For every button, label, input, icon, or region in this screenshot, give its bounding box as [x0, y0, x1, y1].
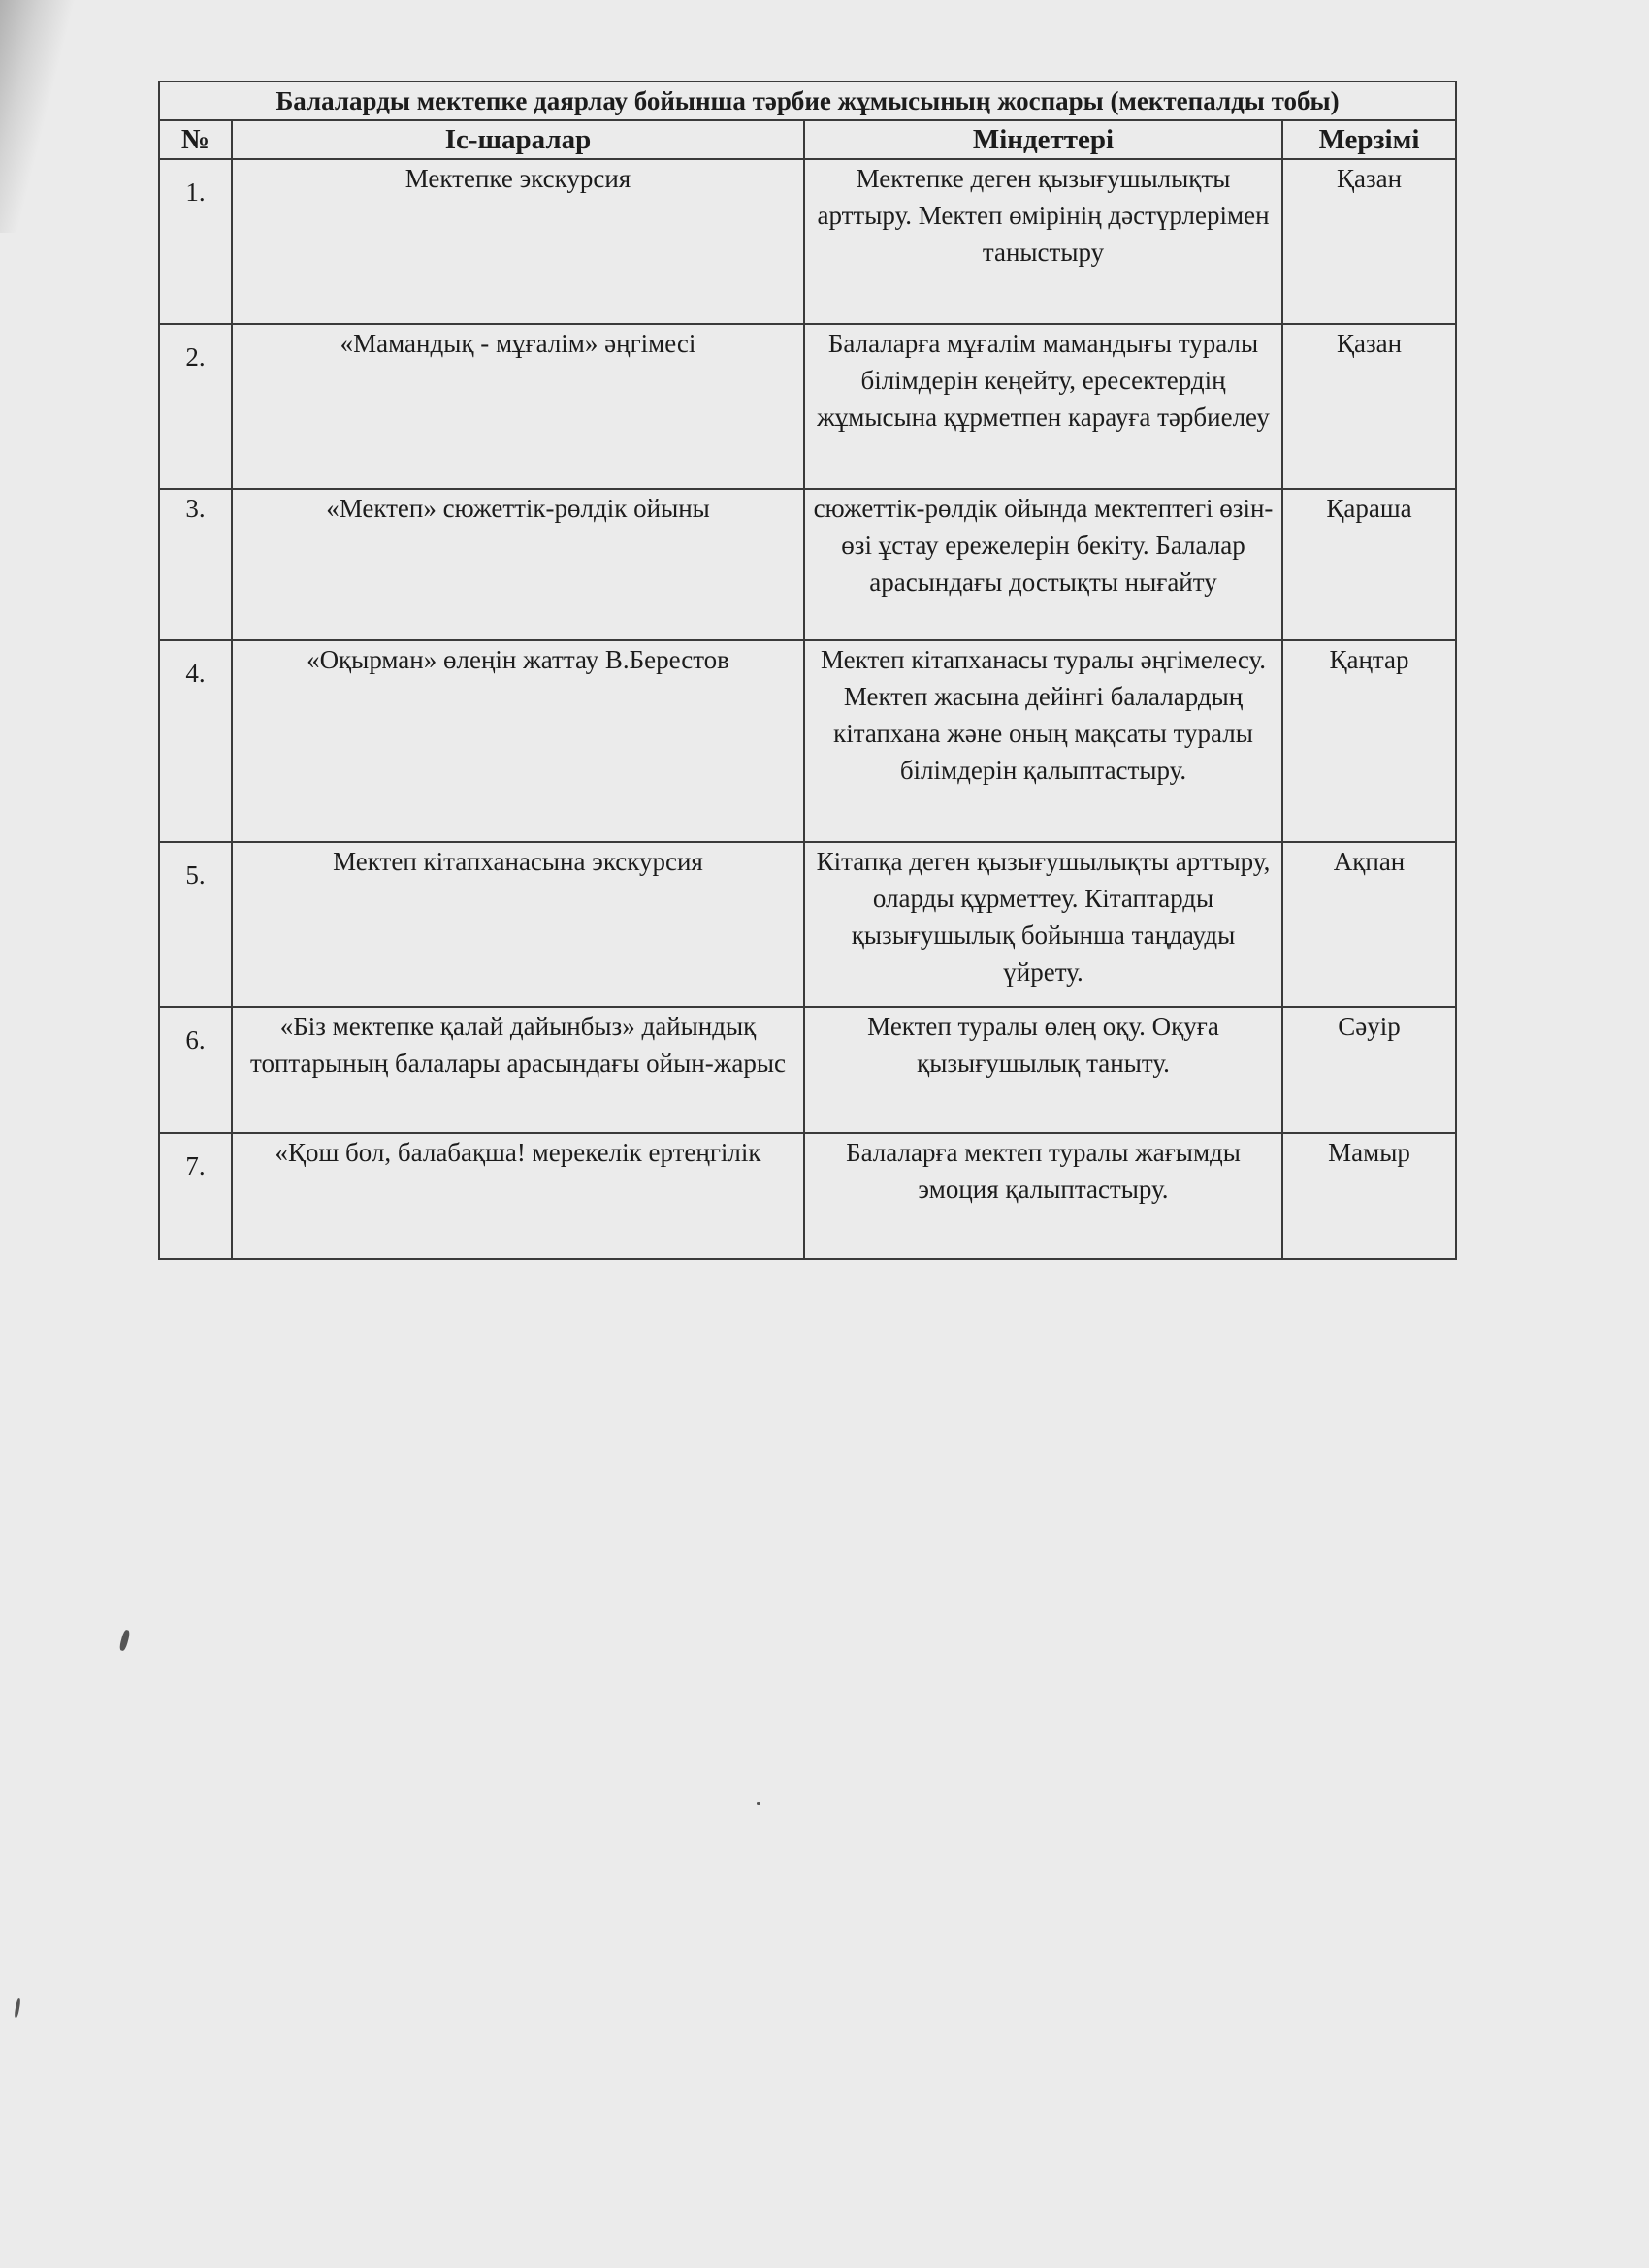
header-tasks: Міндеттері [804, 120, 1282, 159]
row-task: Балаларға мұғалім мамандығы туралы білім… [804, 324, 1282, 489]
row-term: Қазан [1282, 324, 1456, 489]
row-task: Мектеп туралы өлең оқу. Оқуға қызығушылы… [804, 1007, 1282, 1133]
row-activity: «Біз мектепке қалай дайынбыз» дайындық т… [232, 1007, 804, 1133]
row-term: Ақпан [1282, 842, 1456, 1007]
row-task: Кітапқа деген қызығушылықты арттыру, ола… [804, 842, 1282, 1007]
table-row: 5. Мектеп кітапханасына экскурсия Кітапқ… [159, 842, 1456, 1007]
row-activity: «Мамандық - мұғалім» әңгімесі [232, 324, 804, 489]
row-number: 7. [159, 1133, 232, 1259]
scan-speck [118, 1629, 130, 1651]
table-row: 3. «Мектеп» сюжеттік-рөлдік ойыны сюжетт… [159, 489, 1456, 640]
row-activity: Мектепке экскурсия [232, 159, 804, 324]
row-activity: Мектеп кітапханасына экскурсия [232, 842, 804, 1007]
row-activity: «Қош бол, балабақша! мерекелік ертеңгілі… [232, 1133, 804, 1259]
table-row: 2. «Мамандық - мұғалім» әңгімесі Балалар… [159, 324, 1456, 489]
header-term: Мерзімі [1282, 120, 1456, 159]
row-number: 1. [159, 159, 232, 324]
table-row: 4. «Оқырман» өлеңін жаттау В.Берестов Ме… [159, 640, 1456, 842]
scanned-page-edge-shadow [0, 0, 80, 233]
row-term: Қараша [1282, 489, 1456, 640]
row-task: Мектеп кітапханасы туралы әңгімелесу. Ме… [804, 640, 1282, 842]
education-plan-table: Балаларды мектепке даярлау бойынша тәрби… [158, 81, 1457, 1260]
row-term: Қаңтар [1282, 640, 1456, 842]
row-number: 5. [159, 842, 232, 1007]
row-number: 6. [159, 1007, 232, 1133]
row-term: Мамыр [1282, 1133, 1456, 1259]
row-term: Сәуір [1282, 1007, 1456, 1133]
row-number: 2. [159, 324, 232, 489]
scan-speck [757, 1802, 760, 1805]
row-activity: «Мектеп» сюжеттік-рөлдік ойыны [232, 489, 804, 640]
scan-speck [14, 1998, 20, 2018]
row-task: сюжеттік-рөлдік ойында мектептегі өзін-ө… [804, 489, 1282, 640]
row-task: Мектепке деген қызығушылықты арттыру. Ме… [804, 159, 1282, 324]
table-row: 1. Мектепке экскурсия Мектепке деген қыз… [159, 159, 1456, 324]
header-activities: Іс-шаралар [232, 120, 804, 159]
row-term: Қазан [1282, 159, 1456, 324]
table-row: 6. «Біз мектепке қалай дайынбыз» дайынды… [159, 1007, 1456, 1133]
table-row: 7. «Қош бол, балабақша! мерекелік ертеңг… [159, 1133, 1456, 1259]
row-activity: «Оқырман» өлеңін жаттау В.Берестов [232, 640, 804, 842]
row-number: 3. [159, 489, 232, 640]
row-task: Балаларға мектеп туралы жағымды эмоция қ… [804, 1133, 1282, 1259]
header-number: № [159, 120, 232, 159]
row-number: 4. [159, 640, 232, 842]
table-title: Балаларды мектепке даярлау бойынша тәрби… [159, 81, 1456, 120]
header-row: № Іс-шаралар Міндеттері Мерзімі [159, 120, 1456, 159]
